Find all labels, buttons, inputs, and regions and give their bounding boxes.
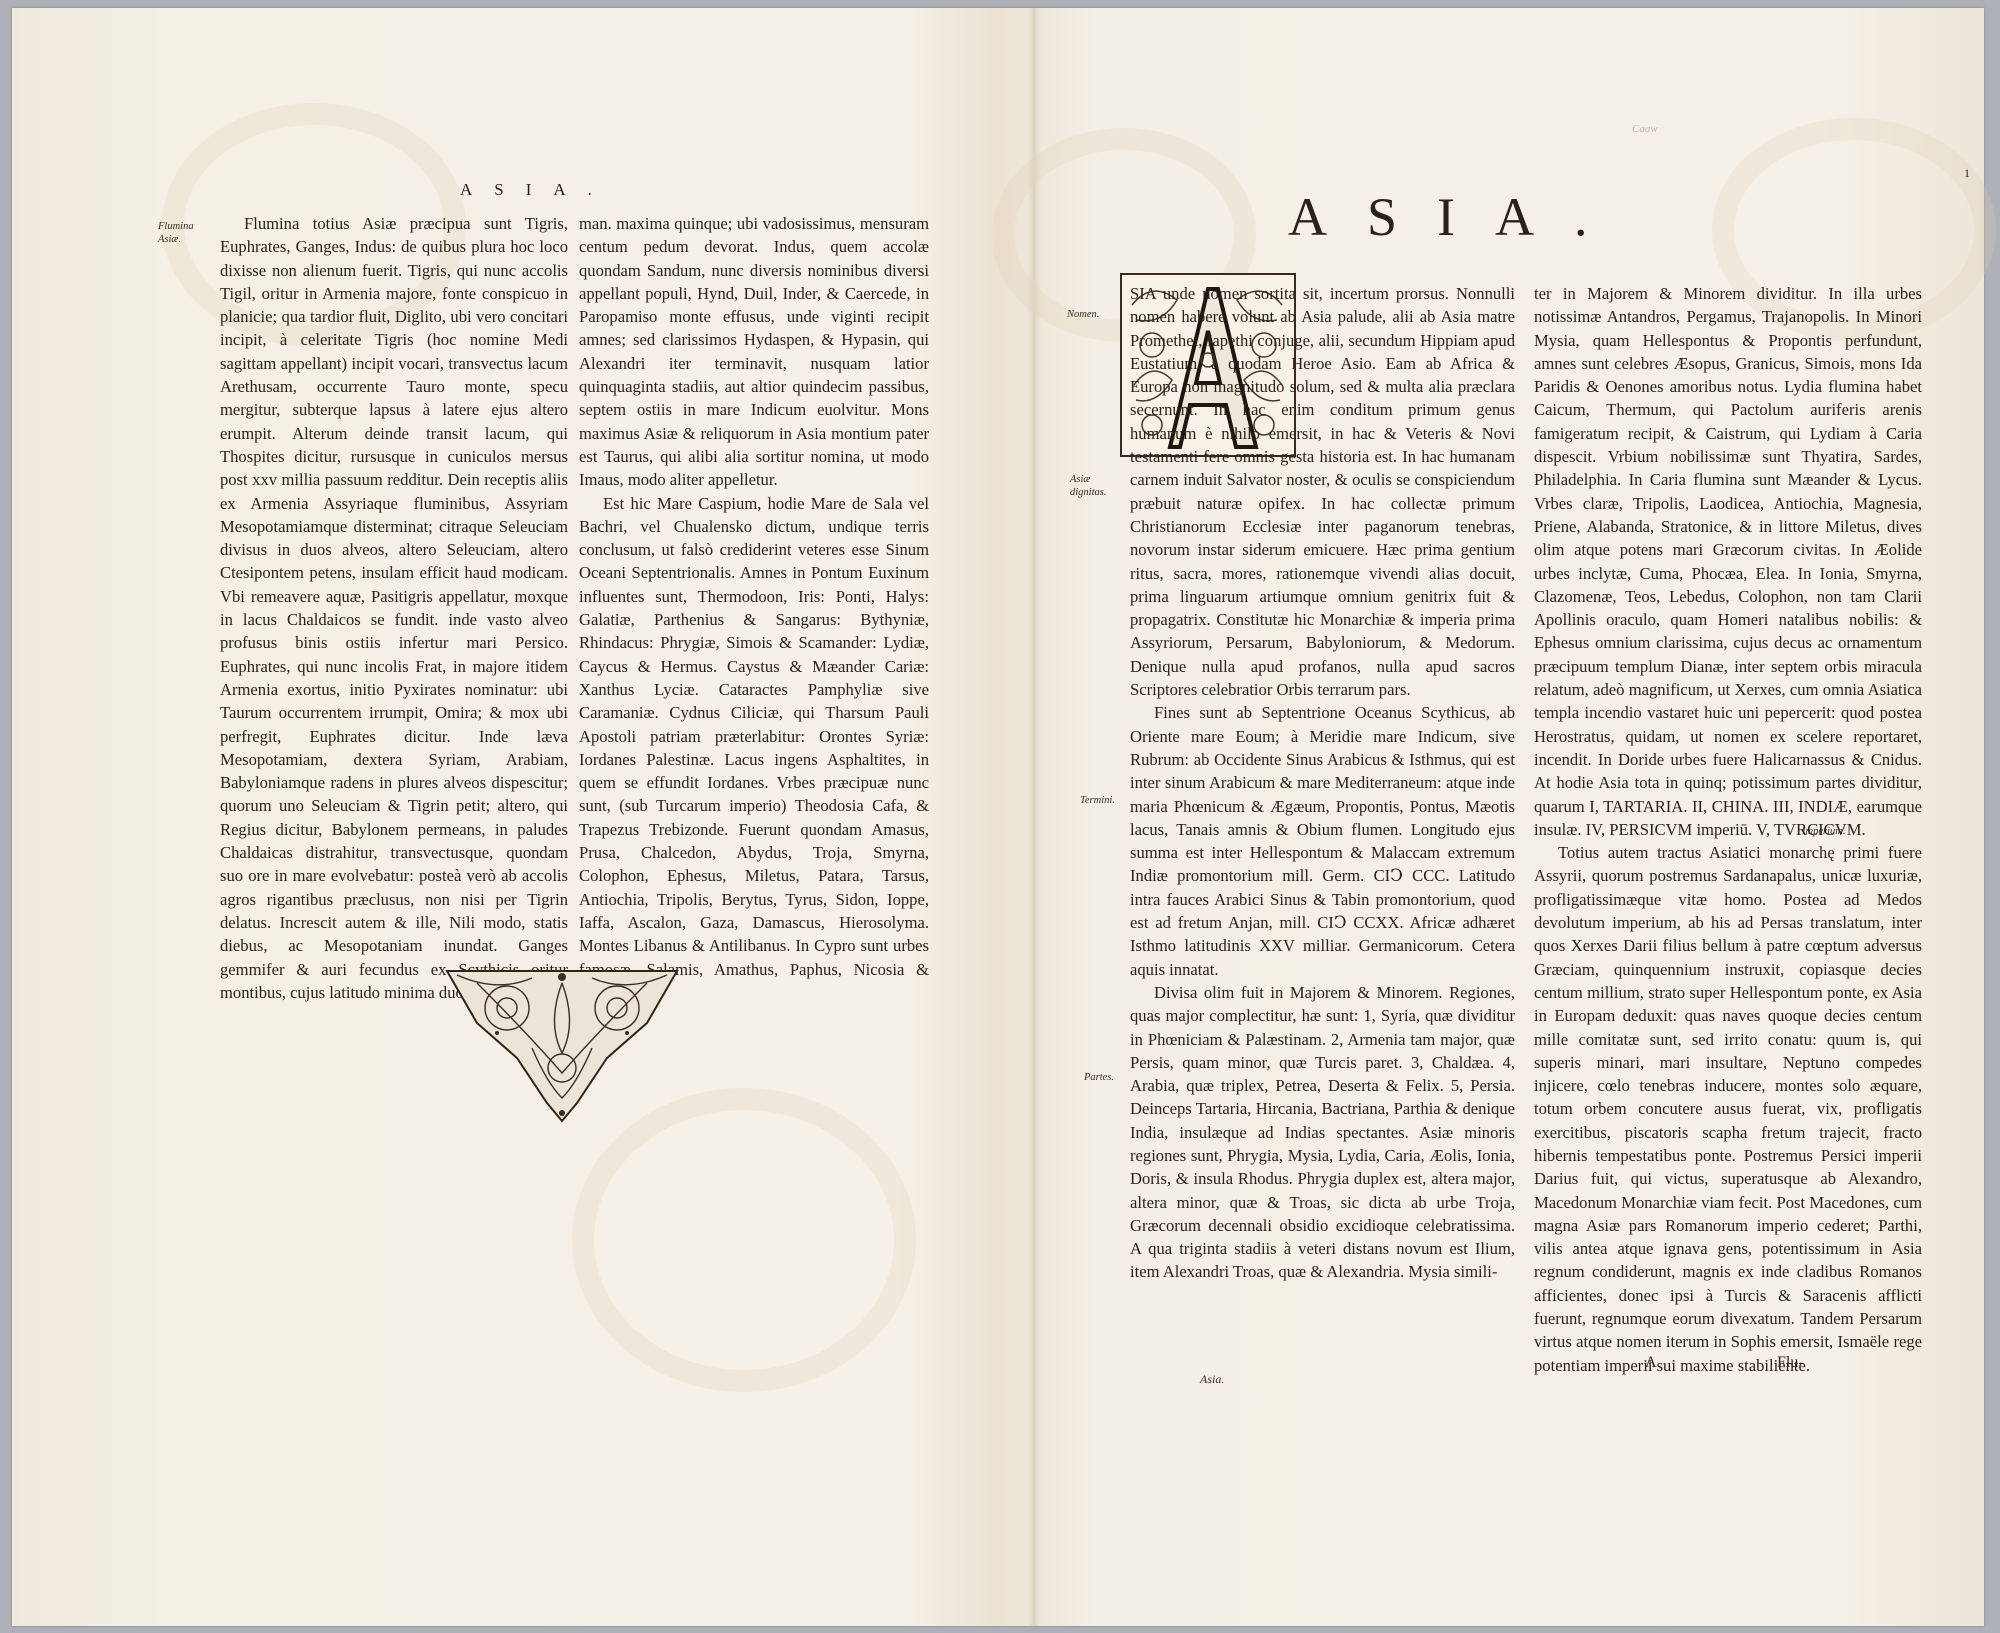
margin-note-partes: Partes. [1084, 1071, 1114, 1084]
signature-label: Asia. [1200, 1373, 1224, 1386]
tailpiece-ornament-icon [437, 963, 687, 1123]
right-column-1: SIA unde nomen sortita sit, incertum pro… [1130, 282, 1515, 1284]
paragraph: Est hic Mare Caspium, hodie Mare de Sala… [579, 492, 929, 1005]
paragraph: SIA unde nomen sortita sit, incertum pro… [954, 282, 1515, 701]
show-through-stain [572, 1088, 916, 1392]
paragraph: Flumina totius Asiæ præcipua sunt Tigris… [220, 212, 568, 1004]
page-title: ASIA. [1288, 186, 1628, 248]
left-column-2: man. maxima quinque; ubi vadosissimus, m… [579, 212, 929, 1004]
left-column-1: Flumina totius Asiæ præcipua sunt Tigris… [220, 212, 568, 1004]
pencil-mark: Caaw [1632, 123, 1658, 135]
paragraph: ter in Majorem & Minorem dividitur. In i… [1534, 282, 1922, 841]
paragraph: man. maxima quinque; ubi vadosissimus, m… [579, 212, 929, 492]
right-column-2: ter in Majorem & Minorem dividitur. In i… [1534, 282, 1922, 1377]
margin-note-termini: Termini. [1080, 794, 1115, 807]
paragraph: Fines sunt ab Septentrione Oceanus Scyth… [1130, 701, 1515, 981]
left-running-head: ASIA. [460, 180, 614, 200]
paragraph: Totius autem tractus Asiatici monarchę p… [1534, 841, 1922, 1377]
catchword: Flu- [1777, 1354, 1804, 1372]
page-number: 1 [1964, 166, 1970, 181]
signature-mark: A [1645, 1354, 1657, 1372]
paragraph: Divisa olim fuit in Majorem & Minorem. R… [1130, 981, 1515, 1284]
atlas-sheet: Caaw ASIA. Flumina Asiæ. Flumina totius … [12, 8, 1984, 1626]
margin-note-flumina: Flumina Asiæ. [158, 220, 198, 246]
